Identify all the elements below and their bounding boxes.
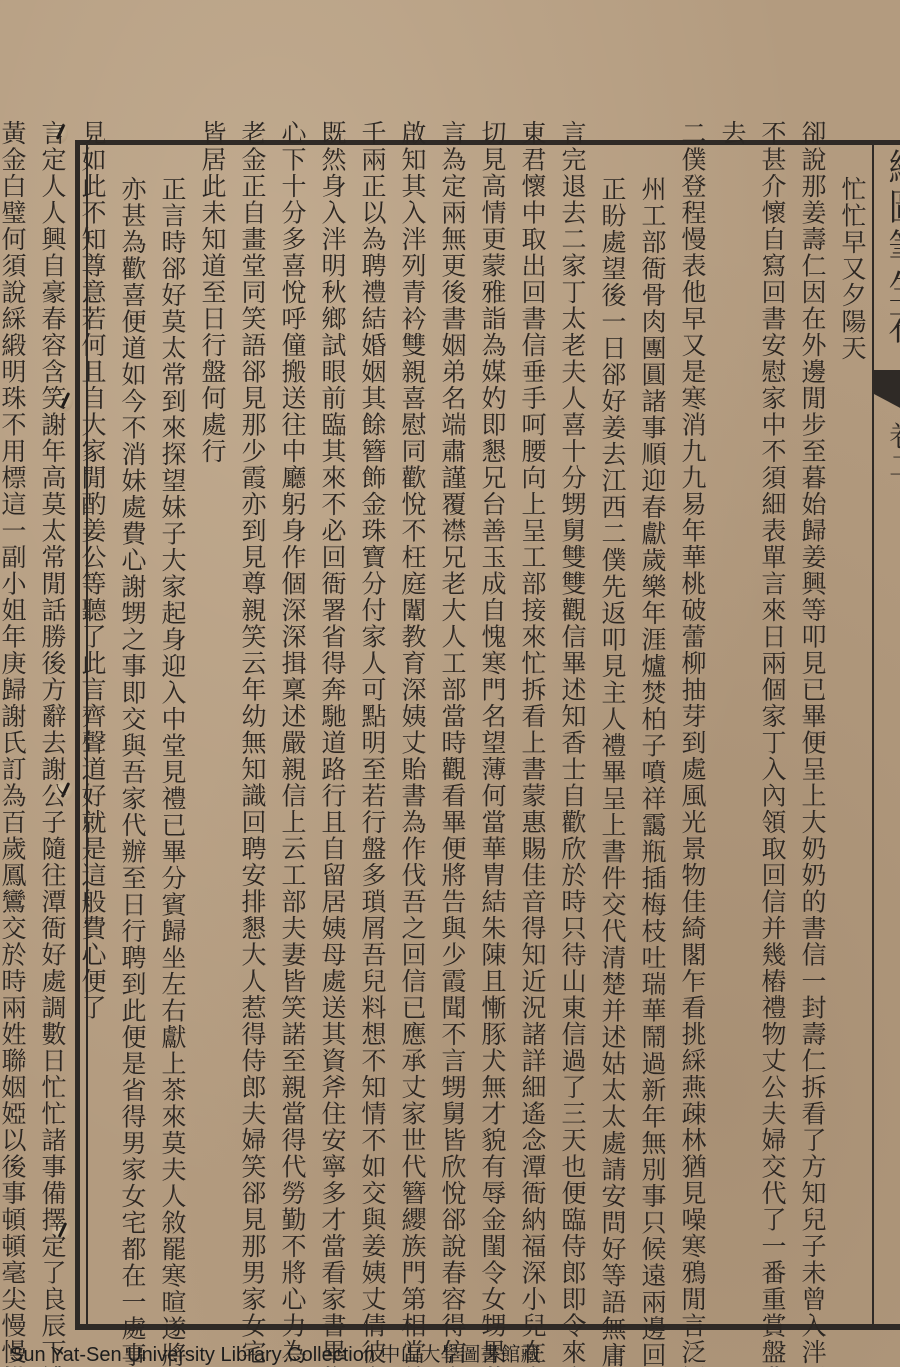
text-column: 見如此不知尊意若何且自大家閒酌姜公等聽了此言齊聲道好就是這般費心便了	[72, 120, 112, 1315]
text-column: 言為定兩無更後書姻弟名端肅謹覆襟兄老大人工部當時觀看畢便將告與少霞聞不言甥舅皆欣…	[432, 120, 472, 1315]
text-column: 東君懷中取出回書信垂手呵腰向上呈工部接來忙拆看上書蒙惠賜佳音得知近況諸詳細遙念潭…	[512, 120, 552, 1315]
text-column: 二僕登程慢表他早又是寒消九九易年華桃破蕾柳抽芽到處風光景物佳綺閣乍看挑綵燕疎林猶…	[672, 120, 712, 1315]
text-column: 正言時郤好莫太常到來探望妹子大家起身迎入中堂見禮已畢分賓歸坐左右獻上茶來莫夫人敘…	[152, 150, 192, 1315]
text-column: 正盼處望後一日郤好姜去江西二僕先返叩見主人禮畢呈上書件交代清楚并述姑太太處請安問…	[592, 150, 632, 1315]
text-column: 亦甚為歡喜便道如今不消妹處費心謝甥之事即交與吾家代辦至日行聘到此便是省得男家女宅…	[112, 150, 152, 1315]
text-column: 心下十分多喜悅呼僮搬送往中廳躬身作個深深揖稟述嚴親信上云工部夫妻皆笑諾至親當得代…	[272, 120, 312, 1315]
text-column: 言完退去二家丁太老夫人喜十分甥舅雙雙觀信畢述知香士自歡欣於時只待山東信過了三天也…	[552, 120, 592, 1315]
text-column: 州工部衙骨肉團圓諸事順迎春獻歲樂年涯爐焚柏子噴祥靄瓶插梅枝吐瑞華鬧過新年無別事只…	[632, 150, 672, 1315]
text-column: 去	[712, 120, 752, 1315]
text-column: 啟知其入泮列青衿雙親喜慰同歡悅不枉庭闈教育深姨丈貽書為作伐吾之回信已應承丈家世代…	[392, 120, 432, 1315]
text-column: 言定人人興自豪春容含笑謝年高莫太常閒話勝後方辭去謝公子隨往潭衙好處調數日忙忙諸事…	[32, 120, 72, 1315]
library-watermark: Sun Yat-Sen University Library Collectio…	[10, 1338, 541, 1367]
text-column: 黃金白璧何須說綵緞明珠不用標這一副小姐年庚歸謝氏訂為百歲鳳鸞交於時兩姓聯姻婭以後…	[0, 120, 32, 1315]
text-column: 不甚介懷自寫回書安慰家中不須細表單言來日兩個家丁入內領取回信并幾樁禮物丈公夫婦交…	[752, 120, 792, 1315]
text-column: 老金正自畫堂同笑語郤見那少霞亦到見尊親笑云年幼無知識回聘安排懇大人惹得侍郎夫婦笑…	[232, 120, 272, 1315]
volume-label: 卷二	[878, 420, 900, 480]
text-column: 卻說那姜壽仁因在外邊閒步至暮始歸姜興等叩見已畢便呈上大奶奶的書信一封壽仁拆看了方…	[792, 120, 832, 1315]
book-title: 繪圖筆生花	[878, 148, 900, 348]
text-column: 既然身入泮明秋鄉試眼前臨其來不必回衙署省得奔馳道路行且自留居姨母處送其資斧住安寧…	[312, 120, 352, 1315]
text-column: 忙忙早又夕陽天	[832, 150, 872, 1315]
text-column: 皆居此未知道至日行盤何處行	[192, 120, 232, 1315]
text-column: 切見高情更蒙雅詣為媒妁即懇兄台善玉成自愧寒門名望薄何當華胄結朱陳且慚豚犬無才貌有…	[472, 120, 512, 1315]
text-column: 千兩正以為聘禮結婚姻其餘簪飾金珠寶分付家人可點明至若行盤多瑣屑吾兒料想不知情不如…	[352, 120, 392, 1315]
main-text: 忙忙早又夕陽天卻說那姜壽仁因在外邊閒步至暮始歸姜興等叩見已畢便呈上大奶奶的書信一…	[200, 150, 872, 1315]
